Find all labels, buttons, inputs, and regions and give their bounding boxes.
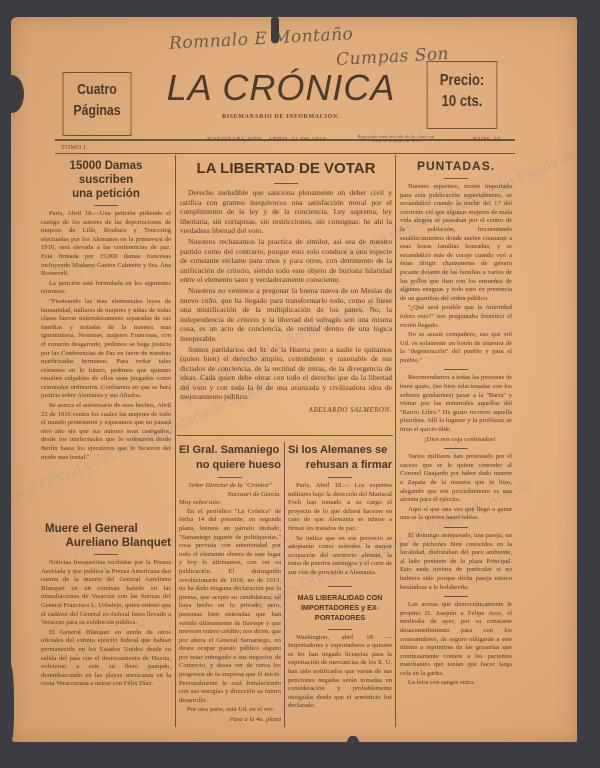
article-samaniego: El Gral. Samaniego no quiere hueso Señor… <box>179 443 281 725</box>
article-paragraph: ¡Dios nos coja confesados! <box>400 436 512 445</box>
article-paragraph: La petición está formulada en los siguie… <box>41 280 171 297</box>
article-paragraph: El General Blanquet en unión de otros of… <box>41 629 171 689</box>
article-blanquet: Muere el General Aureliano Blanquet Noti… <box>41 522 171 690</box>
letter-recipient-place: Nacozari de García. <box>179 491 281 500</box>
column-divider <box>284 442 285 727</box>
place-date: NACOZARI, SON., ABRIL 21 DE 1919 <box>207 136 326 143</box>
paper-tear <box>0 75 24 113</box>
issue-number: NUM. 15 <box>473 136 501 143</box>
article-paragraph: En el periódico ''La Crónica'' de fecha … <box>179 508 281 706</box>
page-count-line1: Cuatro <box>63 79 130 100</box>
article-paragraph: Nosotros no venimos a pregonar la buena … <box>180 286 392 344</box>
article-paragraph: "Pisoteando las mas elementales leyes de… <box>41 298 171 401</box>
article-paragraph: Por otra parte, está Ud. en el ver- <box>179 706 281 715</box>
page-count-line2: Páginas <box>63 100 130 121</box>
article-paragraph: Recomendamos a todas las personas de bue… <box>400 374 512 434</box>
article-paragraph: Las aceras que democráticamente le propi… <box>400 601 512 678</box>
registration-note: Registrado como artículo de 2a. clase co… <box>356 135 436 143</box>
newspaper-page: Boletín Oficial y Archivo del Estado de … <box>11 17 577 742</box>
headline-liberalidad: MAS LIBERALIDAD CON IMPORTADORES y EX- P… <box>288 593 392 623</box>
price-value: 10 cts. <box>428 91 497 112</box>
newspaper-subtitle: BISEMANARIO DE INFORMACION. <box>171 114 391 120</box>
article-paragraph: Noticias fresquecitas recibidas por la P… <box>41 559 171 628</box>
headline-libertad: LA LIBERTAD DE VOTAR <box>180 159 392 179</box>
dateline-rule <box>55 153 515 154</box>
article-libertad: LA LIBERTAD DE VOTAR Derecho ineludible … <box>180 159 392 416</box>
paper-tear <box>0 660 14 750</box>
article-paragraph: Nosotros rechazamos la practica de simil… <box>180 237 392 285</box>
handwritten-name: Romnalo E Montaño <box>169 24 354 54</box>
article-paragraph: La letra con sangre entra. <box>400 679 512 688</box>
headline-blanquet: Muere el General Aureliano Blanquet <box>41 522 171 550</box>
article-signature: ABELARDO SALMERON. <box>180 406 392 416</box>
column-divider <box>175 155 176 727</box>
page-count-box: Cuatro Páginas <box>63 72 132 136</box>
article-paragraph: Washington, abril 18 — Importadores y ex… <box>288 634 392 711</box>
article-paragraph: ''¿Qué será posible que la Autoridad tol… <box>400 304 512 330</box>
article-alemanes: Si los Alemanes se rehusan a firmar Parí… <box>288 443 392 712</box>
article-puntadas: PUNTADAS. Nuestro reportero, recién impo… <box>400 158 512 689</box>
article-paragraph: Nuestro reportero, recién importado para… <box>400 183 512 303</box>
volume-label: TOMO I. <box>61 144 88 151</box>
article-paragraph: Varios militares han protestado por el s… <box>400 453 512 505</box>
paper-tear <box>346 736 360 768</box>
article-paragraph: Somos partidarios del Sr. de la Huerta p… <box>180 345 392 403</box>
price-label: Precio: <box>428 70 497 91</box>
article-paragraph: El domingo antepasado, una pareja, un pa… <box>400 532 512 592</box>
headline-alemanes: Si los Alemanes se rehusan a firmar <box>288 443 392 473</box>
article-paragraph: No se asuste compañero, eso que vió Ud. … <box>400 331 512 365</box>
article-paragraph: Se indica que en ese proyecto se adoptar… <box>288 535 392 578</box>
headline-puntadas: PUNTADAS. <box>400 158 512 174</box>
newspaper-title: LA CRÓNICA <box>151 67 411 109</box>
letter-greeting: Muy señor mío: <box>179 499 281 508</box>
article-damas: 15000 Damas suscriben una petición París… <box>41 159 171 463</box>
article-paragraph: Derecho ineludible que sanciona plenamen… <box>180 188 392 236</box>
article-paragraph: París, Abril 18.— Los expertos militares… <box>288 482 392 534</box>
paper-tear <box>271 17 279 43</box>
section-rule <box>177 435 393 436</box>
price-box: Precio: 10 cts. <box>427 61 498 129</box>
letter-recipient: Señor Director de la ''Crónica'' <box>179 482 281 491</box>
column-divider <box>395 155 396 727</box>
headline-samaniego: El Gral. Samaniego no quiere hueso <box>179 443 281 473</box>
article-paragraph: París, Abril 18.—Una petición pidiendo e… <box>41 210 171 279</box>
continued-note: Pasa a la 4a. plana <box>179 716 281 725</box>
headline-damas: 15000 Damas suscriben una petición <box>41 159 171 201</box>
article-paragraph: Aquí sí que una vez que llegó a ganar un… <box>400 506 512 523</box>
article-paragraph: Se acerca el aniversario de esos hechos,… <box>41 402 171 462</box>
